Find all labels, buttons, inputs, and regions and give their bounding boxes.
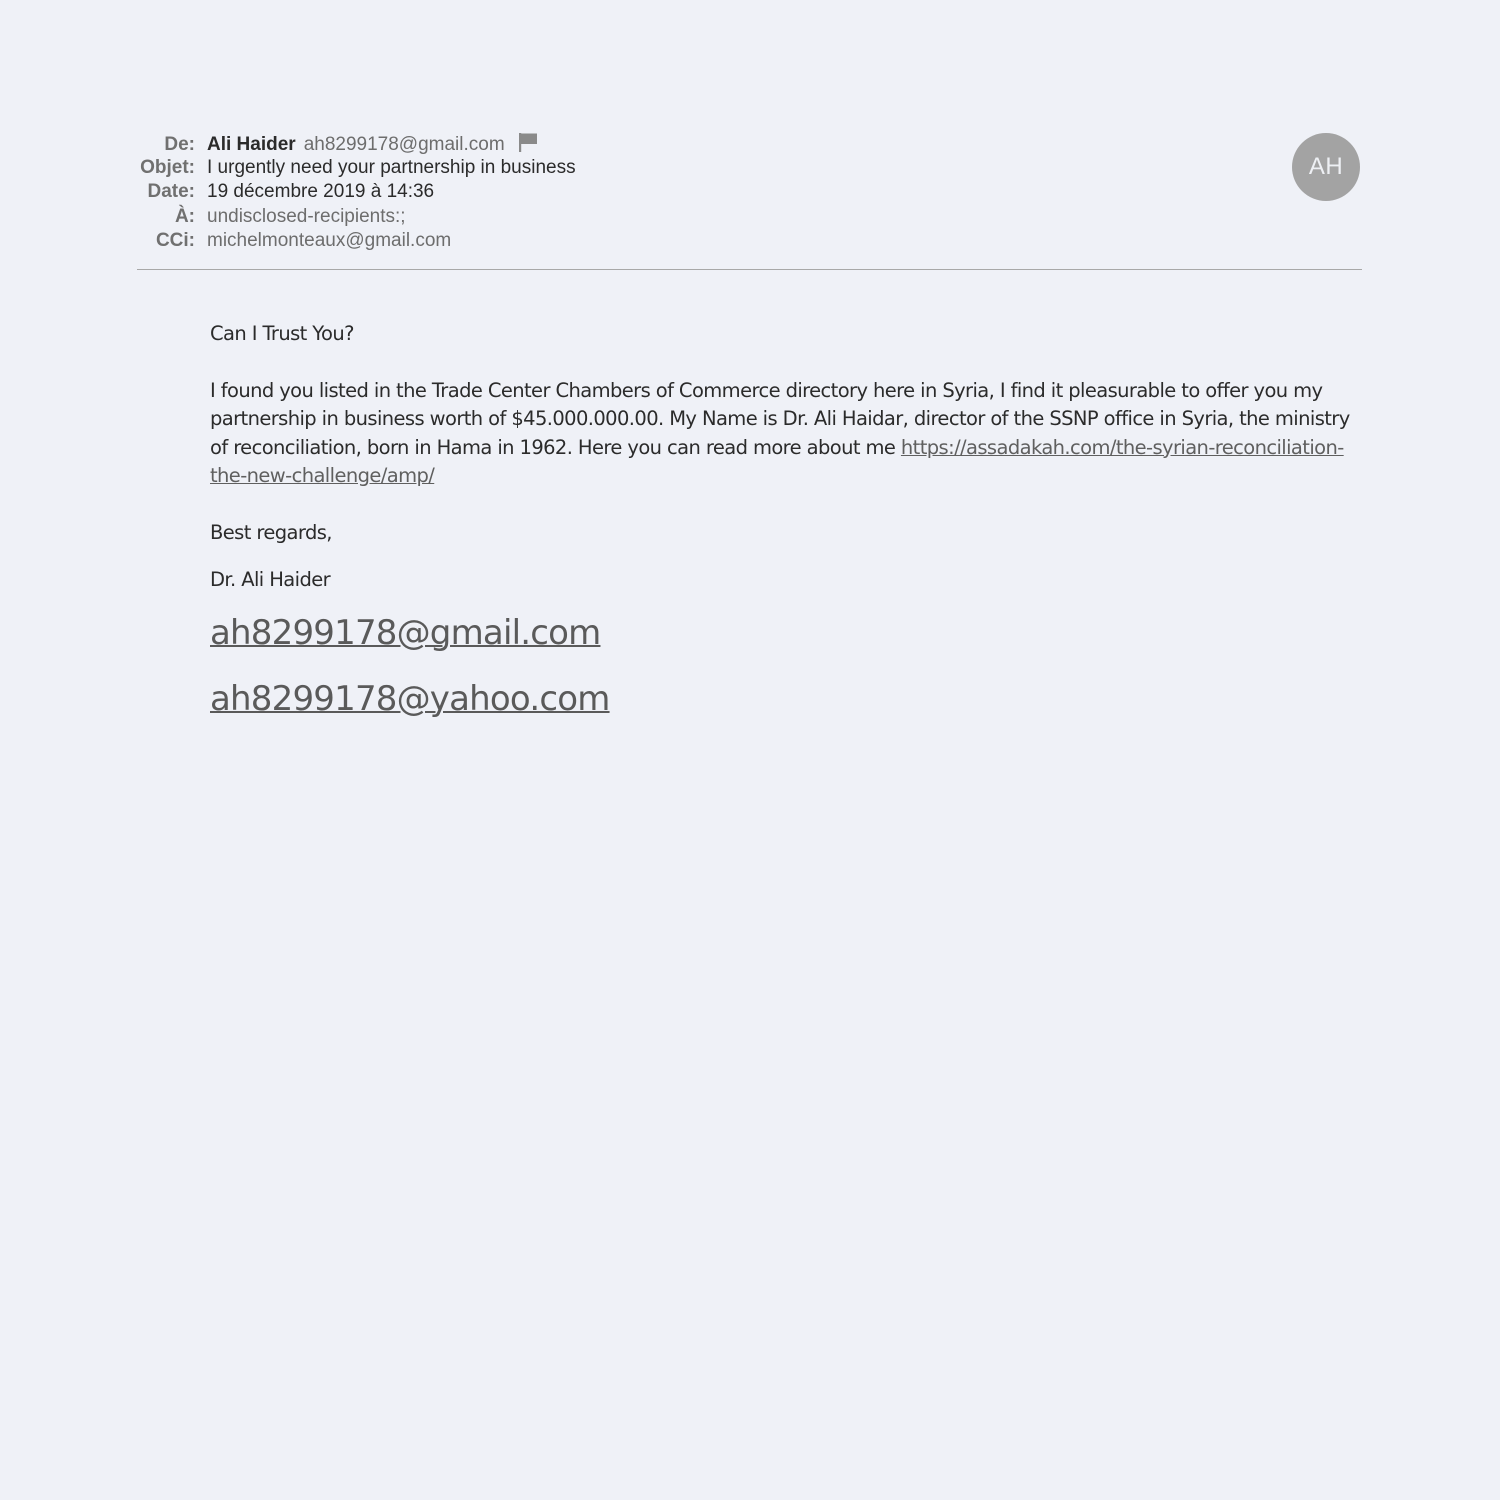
date-row: Date: 19 décembre 2019 à 14:36	[137, 180, 1362, 205]
bcc-label: CCi:	[137, 229, 195, 253]
from-value: Ali Haiderah8299178@gmail.com	[207, 131, 539, 157]
body-paragraph: I found you listed in the Trade Center C…	[210, 377, 1360, 491]
contact-email-yahoo[interactable]: ah8299178@yahoo.com	[210, 677, 1360, 721]
contact-email-gmail[interactable]: ah8299178@gmail.com	[210, 611, 1360, 655]
date-value: 19 décembre 2019 à 14:36	[207, 180, 434, 204]
sender-email[interactable]: ah8299178@gmail.com	[304, 134, 505, 155]
closing: Best regards,	[210, 519, 1360, 548]
sender-name[interactable]: Ali Haider	[207, 134, 296, 155]
flag-icon[interactable]	[517, 131, 539, 153]
email-header: De: Ali Haiderah8299178@gmail.com Objet:…	[137, 131, 1362, 254]
greeting: Can I Trust You?	[210, 320, 1360, 349]
signature: Dr. Ali Haider	[210, 566, 1360, 595]
bcc-row: CCi: michelmonteaux@gmail.com	[137, 229, 1362, 254]
from-label: De:	[137, 133, 195, 157]
date-label: Date:	[137, 180, 195, 204]
subject-row: Objet: I urgently need your partnership …	[137, 156, 1362, 181]
sender-avatar: AH	[1292, 133, 1360, 201]
from-row: De: Ali Haiderah8299178@gmail.com	[137, 131, 1362, 156]
to-row: À: undisclosed-recipients:;	[137, 205, 1362, 230]
subject-value: I urgently need your partnership in busi…	[207, 156, 576, 180]
to-value[interactable]: undisclosed-recipients:;	[207, 205, 406, 229]
bcc-value[interactable]: michelmonteaux@gmail.com	[207, 229, 451, 253]
to-label: À:	[137, 205, 195, 229]
header-divider	[137, 269, 1362, 270]
subject-label: Objet:	[137, 156, 195, 180]
email-body: Can I Trust You? I found you listed in t…	[210, 320, 1360, 743]
